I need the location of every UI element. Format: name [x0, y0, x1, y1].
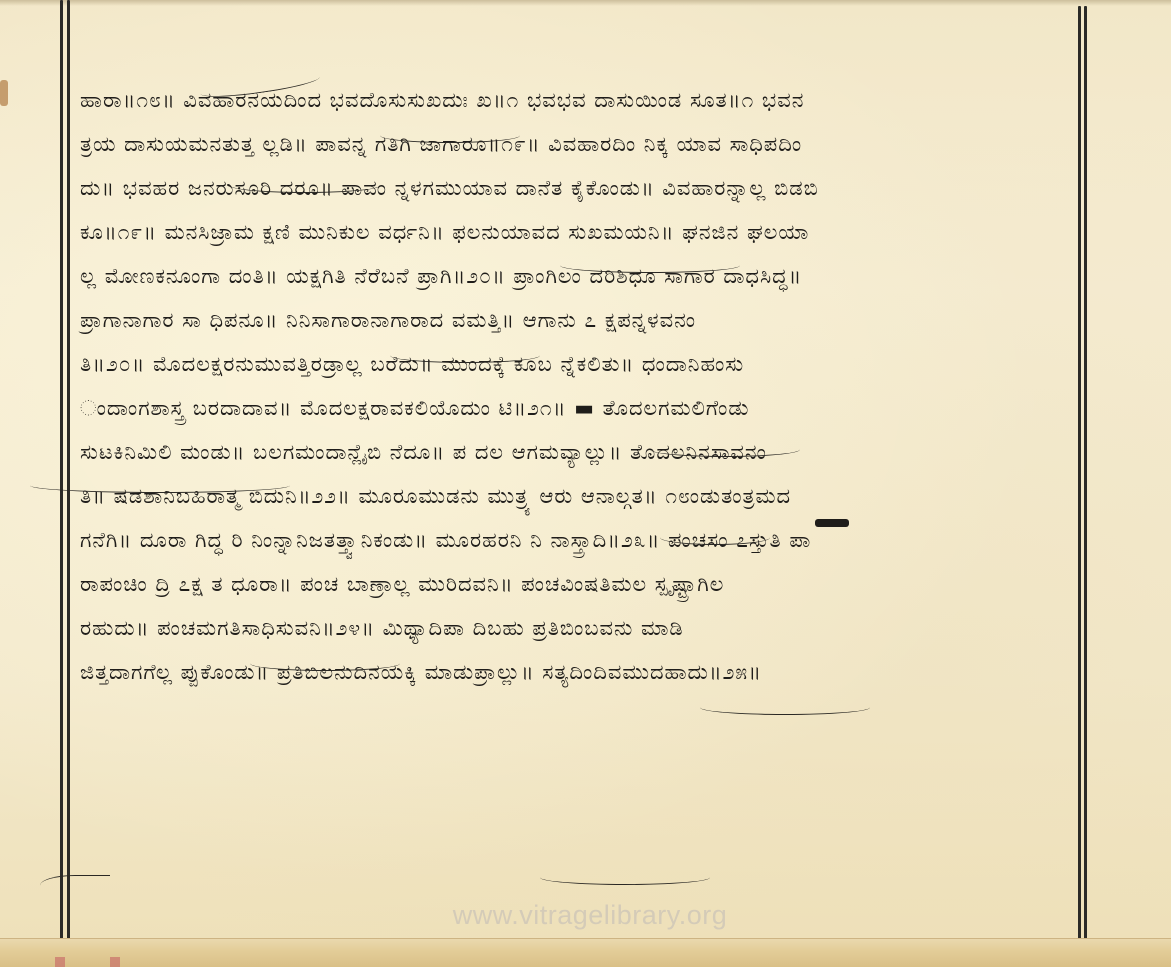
- text-line: ಂದಾಂಗಶಾಸ್ತ್ರ ಬರದಾದಾವ॥ ಮೊದಲಕ್ಷರಾವಕಲಿಯೊದುಂ…: [80, 386, 1080, 430]
- pen-underline: [560, 258, 740, 273]
- text-line: ಜಿತ್ತದಾಗಗೆಲ್ಲ ಪ್ಪುಕೊಂಡು॥ ಪ್ರತಿಬಿಲನುದಿನಯಕ…: [80, 650, 1080, 694]
- text-line: ದು॥ ಭವಹರ ಜನರುಸೂರಿ ದರೂ॥ ಪಾವಂ ನ್ನಳಗಮುಯಾವ ದ…: [80, 166, 1080, 210]
- line-text: ರಾಪಂಚಿಂ ದ್ರಿ ೭ಕ್ಷ ತ ಧೂರಾ॥ ಪಂಚ ಬಾಣ್ರಾಲ್ಲ …: [80, 562, 724, 606]
- pen-underline: [230, 178, 380, 193]
- text-line: ಸುಟಕಿನಿಮಿಲಿ ಮಂಡು॥ ಬಲಗಮಂದಾನ್ಲೈಬಿ ನೆದೂ॥ ಪ …: [80, 430, 1080, 474]
- line-text: ಕೂ॥೧೯॥ ಮನಸಿಜ್ರಾಮ ಕ್ಷಣಿ ಮುನಿಕುಲ ವರ್ಧನಿ॥ ಫ…: [80, 210, 809, 254]
- pen-underline: [660, 530, 770, 545]
- pen-underline: [380, 128, 520, 143]
- paper-stain: [0, 80, 8, 106]
- line-text: ಂದಾಂಗಶಾಸ್ತ್ರ ಬರದಾದಾವ॥ ಮೊದಲಕ್ಷರಾವಕಲಿಯೊದುಂ…: [80, 386, 749, 430]
- page-top-edge: [0, 0, 1171, 6]
- pen-underline: [650, 442, 800, 457]
- paper-mark: [110, 957, 120, 967]
- text-line: ರಾಪಂಚಿಂ ದ್ರಿ ೭ಕ್ಷ ತ ಧೂರಾ॥ ಪಂಚ ಬಾಣ್ರಾಲ್ಲ …: [80, 562, 1080, 606]
- manuscript-page: ಹಾರಾ॥೧೮॥ ವಿವಹಾರನಯದಿಂದ ಭವದೊಸುಸುಖದುಃ ಖ॥೧ ಭ…: [0, 0, 1171, 967]
- pen-stroke: [40, 875, 110, 896]
- text-line: ರಹುದು॥ ಪಂಚಮಗತಿಸಾಧಿಸುವನಿ॥೨೪॥ ಮಿಥ್ಯಾದಿಪಾ ದ…: [80, 606, 1080, 650]
- pen-underline: [540, 870, 710, 885]
- watermark: www.vitragelibrary.org: [410, 900, 770, 931]
- pen-underline: [390, 348, 540, 363]
- pen-underline: [700, 700, 870, 715]
- right-margin-rule-inner: [1084, 6, 1087, 960]
- text-line: ಗನೆಗಿ॥ ದೂರಾ ಗಿದ್ಧ ರಿ ನಿಂನ್ನಾನಿಜತತ್ತ್ವಾನಿ…: [80, 518, 1080, 562]
- pen-underline: [250, 656, 400, 671]
- struck-out-word: [815, 519, 849, 527]
- page-bottom-edge: [0, 938, 1171, 967]
- text-line: ಕೂ॥೧೯॥ ಮನಸಿಜ್ರಾಮ ಕ್ಷಣಿ ಮುನಿಕುಲ ವರ್ಧನಿ॥ ಫ…: [80, 210, 1080, 254]
- text-line: ಪ್ರಾಗಾನಾಗಾರ ಸಾ ಧಿಪನೂ॥ ನಿನಿಸಾಗಾರಾನಾಗಾರಾದ …: [80, 298, 1080, 342]
- line-text: ದು॥ ಭವಹರ ಜನರುಸೂರಿ ದರೂ॥ ಪಾವಂ ನ್ನಳಗಮುಯಾವ ದ…: [80, 166, 819, 210]
- manuscript-text: ಹಾರಾ॥೧೮॥ ವಿವಹಾರನಯದಿಂದ ಭವದೊಸುಸುಖದುಃ ಖ॥೧ ಭ…: [80, 78, 1080, 694]
- pen-underline: [30, 478, 290, 493]
- text-line: ತಿ॥೨೦॥ ಮೊದಲಕ್ಷರನುಮುವತ್ತಿರಡ್ರಾಲ್ಲ ಬರೆದು॥ …: [80, 342, 1080, 386]
- text-line: ತ್ರಯ ದಾಸುಯಮನತುತ್ತ ಲ್ಲಡಿ॥ ಪಾವನ್ನ ಗತಿಗಿ ಜಾ…: [80, 122, 1080, 166]
- line-text: ಹಾರಾ॥೧೮॥ ವಿವಹಾರನಯದಿಂದ ಭವದೊಸುಸುಖದುಃ ಖ॥೧ ಭ…: [80, 78, 804, 122]
- line-text: ರಹುದು॥ ಪಂಚಮಗತಿಸಾಧಿಸುವನಿ॥೨೪॥ ಮಿಥ್ಯಾದಿಪಾ ದ…: [80, 606, 684, 650]
- line-text: ಜಿತ್ತದಾಗಗೆಲ್ಲ ಪ್ಪುಕೊಂಡು॥ ಪ್ರತಿಬಿಲನುದಿನಯಕ…: [80, 650, 762, 694]
- line-text: ಪ್ರಾಗಾನಾಗಾರ ಸಾ ಧಿಪನೂ॥ ನಿನಿಸಾಗಾರಾನಾಗಾರಾದ …: [80, 298, 696, 342]
- paper-mark: [55, 957, 65, 967]
